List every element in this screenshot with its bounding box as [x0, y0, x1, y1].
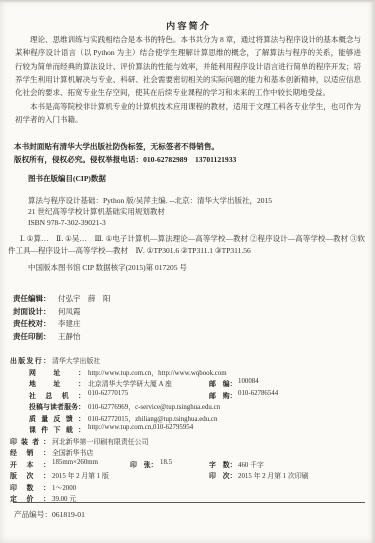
- reader-service-contact: 010-62776969，c-service@tup.tsinghua.edu.…: [88, 401, 220, 411]
- pub-row-quality-feedback: 质量反馈： 010-62772015，zhiliang@tup.tsinghua…: [10, 413, 367, 425]
- pub-row-reader-service: 投稿与读者服务： 010-62776969，c-service@tup.tsin…: [10, 401, 367, 413]
- impression-value: 2015 年 2 月第 1 次印刷: [238, 470, 309, 480]
- pub-row-edition: 版次： 2015 年 2 月第 1 版 印 次： 2015 年 2 月第 1 次…: [10, 470, 367, 482]
- staff-credits: 责任编辑： 付弘宇 薛 阳 封面设计： 何凤霞 责任校对： 李建庄 责任印制： …: [13, 293, 365, 343]
- cip-classification-line: Ⅰ. ①算… Ⅱ. ①吴… Ⅲ. ①电子计算机—算法理论—高等学校—教材 ②程序…: [8, 233, 365, 256]
- impression-label: 印 次：: [209, 470, 237, 480]
- pub-row-address: 地址： 北京清华大学学研大厦 A 座 邮 编： 100084: [10, 378, 367, 390]
- format-label: 开本：: [10, 459, 50, 469]
- cip-title-line: 算法与程序设计基础：Python 版/吴萍主编. --北京：清华大学出版社，20…: [28, 195, 365, 206]
- cover-designer-name: 何凤霞: [58, 306, 81, 317]
- proofreader-label: 责任校对：: [13, 318, 51, 329]
- distributor-name: 全国新华书店: [52, 447, 93, 457]
- publishing-info: 出版发行： 清华大学出版社 网址： http://www.tup.com.cn，…: [10, 355, 367, 505]
- word-count-value: 460 千字: [238, 459, 264, 469]
- pub-row-distributor: 经销： 全国新华书店: [10, 447, 367, 459]
- content-summary-heading: 内 容 简 介: [0, 19, 375, 32]
- pub-row-courseware: 课件下载： http://www.tup.com.cn,010-62795954: [10, 424, 367, 436]
- word-count-label: 字 数：: [209, 459, 237, 469]
- editor-name: 付弘宇 薛 阳: [58, 293, 111, 304]
- cip-data-block: 图书在版编目(CIP)数据 算法与程序设计基础：Python 版/吴萍主编. -…: [8, 173, 365, 273]
- courseware-label: 课件下载：: [29, 424, 85, 434]
- website-urls: http://www.tup.com.cn，http://www.wqbook.…: [88, 367, 227, 377]
- website-label: 网址：: [29, 367, 85, 377]
- sheets-label: 印 张：: [130, 459, 158, 469]
- anti-piracy-line: 本书封面贴有清华大学出版社防伪标签，无标签者不得销售。: [14, 141, 363, 154]
- credit-row-print-supervisor: 责任印制： 王静怡: [13, 331, 365, 344]
- print-run-value: 1～2000: [52, 482, 76, 492]
- footer-divider: [13, 502, 365, 503]
- pub-row-format: 开本： 185mm×260mm 印 张： 18.5 字 数： 460 千字: [10, 459, 367, 471]
- address-label: 地址：: [29, 378, 85, 388]
- scan-edge-right: [370, 0, 375, 543]
- pub-row-website: 网址： http://www.tup.com.cn，http://www.wqb…: [10, 367, 367, 379]
- content-summary: 理论、思维训练与实践相结合是本书的特色。本书共分为 8 章，通过将算法与程序设计…: [15, 33, 361, 126]
- print-run-label: 印数：: [10, 482, 50, 492]
- reader-service-label: 投稿与读者服务：: [29, 401, 85, 411]
- cip-record-number-line: 中国版本图书馆 CIP 数据核字(2015)第 017205 号: [28, 262, 365, 273]
- quality-feedback-contact: 010-62772015，zhiliang@tup.tsinghua.edu.c…: [88, 413, 217, 423]
- format-value: 185mm×260mm: [52, 459, 98, 466]
- mail-order-phone: 010-62786544: [238, 390, 278, 397]
- printer-label: 印装者：: [10, 436, 50, 446]
- publisher-label: 出版发行：: [10, 355, 50, 365]
- address-value: 北京清华大学学研大厦 A 座: [88, 378, 172, 388]
- product-number-value: 061819-01: [52, 510, 85, 519]
- pub-row-print-run: 印数： 1～2000: [10, 482, 367, 494]
- switchboard-label: 社总机：: [29, 390, 85, 400]
- edition-label: 版次：: [10, 470, 50, 480]
- postcode-label: 邮 编：: [209, 378, 237, 388]
- credit-row-proofreader: 责任校对： 李建庄: [13, 318, 365, 331]
- product-number: 产品编号：061819-01: [14, 509, 85, 520]
- credit-row-cover-design: 封面设计： 何凤霞: [13, 306, 365, 319]
- copyright-hotline-line: 版权所有，侵权必究。侵权举报电话：010-62782989 1370112193…: [14, 154, 363, 167]
- switchboard-phone: 010-62770175: [88, 390, 128, 397]
- cip-heading: 图书在版编目(CIP)数据: [28, 173, 365, 184]
- copyright-page: 内 容 简 介 理论、思维训练与实践相结合是本书的特色。本书共分为 8 章，通过…: [0, 0, 375, 543]
- quality-feedback-label: 质量反馈：: [29, 413, 85, 423]
- printer-name: 河北新华第一印刷有限责任公司: [52, 436, 148, 446]
- scan-edge-top: [0, 0, 375, 3]
- publisher-name: 清华大学出版社: [52, 355, 100, 365]
- cip-isbn-line: ISBN 978-7-302-39021-3: [28, 217, 365, 228]
- print-supervisor-name: 王静怡: [58, 331, 81, 342]
- pub-row-switchboard: 社总机： 010-62770175 邮 购： 010-62786544: [10, 390, 367, 402]
- distributor-label: 经销：: [10, 447, 50, 457]
- cip-series-line: 21 世纪高等学校计算机基础实用规划教材: [28, 206, 365, 217]
- print-supervisor-label: 责任印制：: [13, 331, 51, 342]
- summary-paragraph: 理论、思维训练与实践相结合是本书的特色。本书共分为 8 章，通过将算法与程序设计…: [15, 33, 361, 100]
- postcode-value: 100084: [238, 378, 259, 385]
- product-number-label: 产品编号：: [14, 510, 52, 519]
- pub-row-printer: 印装者： 河北新华第一印刷有限责任公司: [10, 436, 367, 448]
- proofreader-name: 李建庄: [58, 318, 81, 329]
- editor-label: 责任编辑：: [13, 293, 51, 304]
- cover-design-label: 封面设计：: [13, 306, 51, 317]
- anti-piracy-notice: 本书封面贴有清华大学出版社防伪标签，无标签者不得销售。 版权所有，侵权必究。侵权…: [14, 141, 363, 167]
- mail-order-label: 邮 购：: [209, 390, 237, 400]
- edition-value: 2015 年 2 月第 1 版: [52, 470, 109, 480]
- pub-row-publisher: 出版发行： 清华大学出版社: [10, 355, 367, 367]
- summary-paragraph: 本书是高等院校非计算机专业的计算机技术应用课程的教材，适用于文理工科各专业学生，…: [15, 100, 361, 127]
- sheets-value: 18.5: [160, 459, 172, 466]
- courseware-url: http://www.tup.com.cn,010-62795954: [88, 424, 193, 431]
- credit-row-editor: 责任编辑： 付弘宇 薛 阳: [13, 293, 365, 306]
